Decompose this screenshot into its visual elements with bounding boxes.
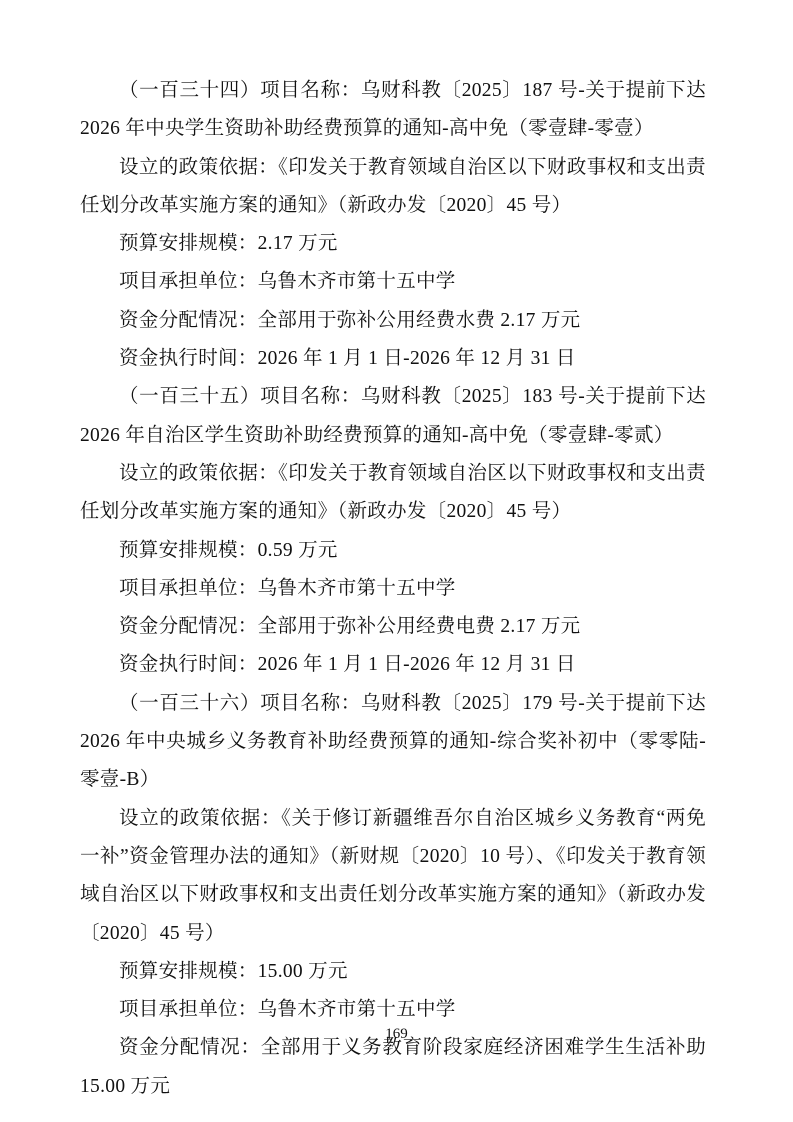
project-136-budget-scale: 预算安排规模：15.00 万元 xyxy=(80,953,706,991)
document-page: （一百三十四）项目名称：乌财科教〔2025〕187 号-关于提前下达 2026 … xyxy=(0,0,793,1122)
project-134-name: （一百三十四）项目名称：乌财科教〔2025〕187 号-关于提前下达 2026 … xyxy=(80,72,706,149)
project-134-fund-execution-period: 资金执行时间：2026 年 1 月 1 日-2026 年 12 月 31 日 xyxy=(80,340,706,378)
project-136-name: （一百三十六）项目名称：乌财科教〔2025〕179 号-关于提前下达 2026 … xyxy=(80,685,706,800)
project-135-fund-execution-period: 资金执行时间：2026 年 1 月 1 日-2026 年 12 月 31 日 xyxy=(80,646,706,684)
project-134-policy-basis: 设立的政策依据：《印发关于教育领域自治区以下财政事权和支出责任划分改革实施方案的… xyxy=(80,149,706,226)
project-135-fund-allocation: 资金分配情况：全部用于弥补公用经费电费 2.17 万元 xyxy=(80,608,706,646)
project-134-budget-scale: 预算安排规模：2.17 万元 xyxy=(80,225,706,263)
page-number: 169 xyxy=(385,1026,408,1042)
project-134-fund-allocation: 资金分配情况：全部用于弥补公用经费水费 2.17 万元 xyxy=(80,302,706,340)
project-134-undertaking-unit: 项目承担单位：乌鲁木齐市第十五中学 xyxy=(80,263,706,301)
page-footer: 169 xyxy=(0,1024,793,1044)
document-content: （一百三十四）项目名称：乌财科教〔2025〕187 号-关于提前下达 2026 … xyxy=(80,72,706,1106)
project-135-undertaking-unit: 项目承担单位：乌鲁木齐市第十五中学 xyxy=(80,570,706,608)
project-136-policy-basis: 设立的政策依据：《关于修订新疆维吾尔自治区城乡义务教育“两免一补”资金管理办法的… xyxy=(80,800,706,953)
project-135-name: （一百三十五）项目名称：乌财科教〔2025〕183 号-关于提前下达 2026 … xyxy=(80,378,706,455)
project-135-budget-scale: 预算安排规模：0.59 万元 xyxy=(80,532,706,570)
project-135-policy-basis: 设立的政策依据：《印发关于教育领域自治区以下财政事权和支出责任划分改革实施方案的… xyxy=(80,455,706,532)
